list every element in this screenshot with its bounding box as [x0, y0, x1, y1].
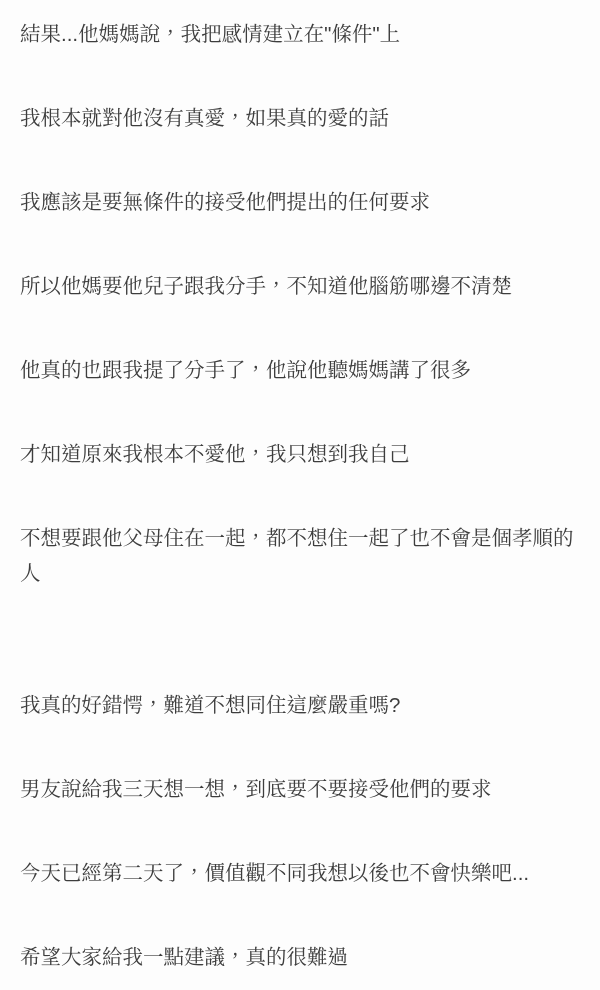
post-paragraph-7: 不想要跟他父母住在一起，都不想住一起了也不會是個孝順的人: [20, 521, 580, 591]
post-paragraph-9: 男友說給我三天想一想，到底要不要接受他們的要求: [20, 772, 580, 807]
post-paragraph-3: 我應該是要無條件的接受他們提出的任何要求: [20, 185, 580, 220]
post-paragraph-4: 所以他媽要他兒子跟我分手，不知道他腦筋哪邊不清楚: [20, 269, 580, 304]
post-paragraph-8: 我真的好錯愕，難道不想同住這麼嚴重嗎?: [20, 688, 580, 723]
post-paragraph-6: 才知道原來我根本不愛他，我只想到我自己: [20, 437, 580, 472]
post-paragraph-10: 今天已經第二天了，價值觀不同我想以後也不會快樂吧...: [20, 856, 580, 891]
post-paragraph-11: 希望大家給我一點建議，真的很難過: [20, 940, 580, 975]
post-paragraph-5: 他真的也跟我提了分手了，他說他聽媽媽講了很多: [20, 353, 580, 388]
post-body: 結果...他媽媽說，我把感情建立在"條件"上 我根本就對他沒有真愛，如果真的愛的…: [0, 0, 600, 990]
post-paragraph-2: 我根本就對他沒有真愛，如果真的愛的話: [20, 101, 580, 136]
post-paragraph-1: 結果...他媽媽說，我把感情建立在"條件"上: [20, 17, 580, 52]
